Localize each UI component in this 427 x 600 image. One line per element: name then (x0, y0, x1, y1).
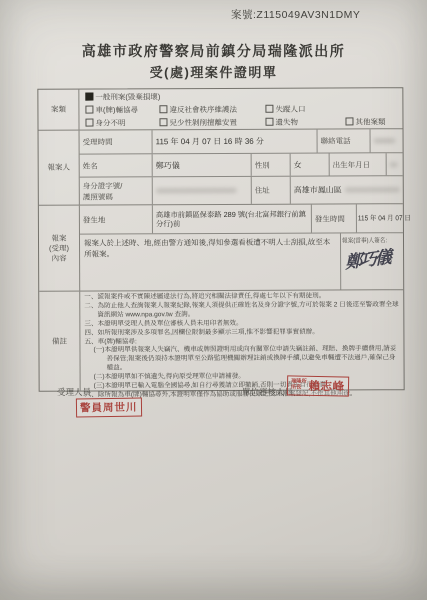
reviewer-stamp-name: 賴志峰 (308, 378, 344, 395)
reviewer-stamp-prefix-line2: 所長 (291, 385, 307, 391)
reporter-row: 報案人 受理時間 115 年 04 月 07 日 16 時 36 分 聯絡電話 … (39, 129, 403, 206)
location-value: 高雄市前鎮區保泰路 289 號(台北富邦銀行前鎮分行)前 (153, 205, 312, 234)
report-content-row: 報案 (受理) 內容 發生地 高雄市前鎮區保泰路 289 號(台北富邦銀行前鎮分… (39, 204, 403, 292)
redacted-birth (390, 162, 398, 167)
checkbox-label: 違反社會秩序維護法 (169, 103, 237, 114)
case-type-line3: 身分不明 兒少性剝削擅離安置 遺失物 (79, 115, 402, 129)
id-value (153, 177, 252, 204)
occur-time-text: 115 年 04 月 07 日 (358, 213, 411, 223)
name-subrow: 姓名 鄭巧儀 性別 女 出生年月日 (80, 153, 403, 177)
accept-time-label: 受理時間 (80, 130, 153, 153)
redacted-address (345, 187, 400, 192)
case-type-checkbox-item: 失蹤人口 (265, 103, 305, 114)
redacted-id (156, 188, 237, 193)
checkbox-icon (345, 117, 353, 125)
reporter-row-label: 報案人 (39, 131, 80, 205)
reviewer-stamp-prefix: 瑞隆所 所長 (291, 380, 307, 392)
checkbox-label: 其他案類 (355, 116, 385, 127)
id-address-subrow: 身分證字號/ 護照號碼 住址 高雄市鳳山區 (80, 176, 403, 204)
narrative-text: 報案人於上述時、地,經由警方通知後,得知參選看板遭不明人士刮損,故至本所報案。 (80, 233, 341, 290)
checkbox-icon (159, 105, 167, 113)
case-number: 案號:Z115049AV3N1DMY (231, 7, 360, 22)
remarks-row-label: 備註 (39, 292, 80, 391)
case-type-options: 一般刑案(毀棄損壞) 車(牌)輛協尋 違反社會秩序維護法 (79, 88, 402, 129)
report-label-line3: 內容 (52, 253, 67, 263)
gender-value: 女 (291, 154, 330, 176)
report-label-line1: 報案 (51, 233, 66, 243)
accept-time-value: 115 年 04 月 07 日 16 時 36 分 (153, 130, 318, 154)
remarks-row: 備註 一、謊報案件或不實陳述屬違法行為,將追究相關法律責任,得處七年以下有期徒刑… (39, 290, 403, 391)
checkbox-icon (85, 106, 93, 114)
incident-subrow: 發生地 高雄市前鎮區保泰路 289 號(台北富邦銀行前鎮分行)前 發生時間 11… (80, 204, 403, 234)
reviewer-stamp: 瑞隆所 所長 賴志峰 (287, 375, 349, 396)
reviewer-label: 單位審核人員 (242, 386, 293, 398)
report-form-table: 案類 一般刑案(毀棄損壞) 車(牌)輛協尋 (37, 87, 404, 392)
id-label-line2: 護照號碼 (83, 191, 113, 202)
occur-time-label: 發生時間 (312, 204, 357, 232)
case-type-checkbox-item: 兒少性剝削擅離安置 (159, 116, 265, 127)
case-type-checkbox-item: 違反社會秩序維護法 (159, 103, 265, 114)
report-label-line2: (受理) (49, 243, 69, 253)
narrative-subrow: 報案人於上述時、地,經由警方通知後,得知參選看板遭不明人士刮損,故至本所報案。 … (80, 233, 403, 290)
name-label: 姓名 (80, 154, 153, 176)
phone-value (371, 129, 403, 152)
officer-stamp-text: 警員周世川 (80, 400, 138, 416)
address-value: 高雄市鳳山區 (291, 176, 403, 203)
case-type-checkbox-item: 其他案類 (345, 116, 385, 127)
gender-label: 性別 (252, 154, 291, 176)
officer-stamp: 警員周世川 (76, 398, 142, 418)
case-number-value: Z115049AV3N1DMY (256, 9, 360, 21)
case-number-label: 案號: (231, 9, 256, 21)
birth-value (387, 153, 403, 175)
checkbox-icon (85, 119, 93, 127)
police-report-photo: 案號:Z115049AV3N1DMY 高雄市政府警察局前鎮分局瑞隆派出所 受(處… (0, 0, 427, 600)
checkbox-icon (265, 105, 273, 113)
case-type-checkbox-item: 身分不明 (85, 117, 159, 128)
signature-cell: 報案(當事)人簽名: 鄭巧儀 (341, 233, 403, 289)
occur-time-value: 115 年 04 月 07 日 (357, 204, 403, 232)
checkbox-label: 失蹤人口 (275, 103, 305, 114)
case-type-row: 案類 一般刑案(毀棄損壞) 車(牌)輛協尋 (38, 88, 402, 131)
location-label: 發生地 (80, 205, 153, 233)
reporter-signature: 鄭巧儀 (345, 242, 390, 273)
remark-line: 二、為防止他人查詢報案人報案紀錄,報案人須提供正確姓名及身分證字號,方可於報案 … (84, 301, 399, 320)
page-subtitle: 受(處)理案件證明單 (0, 62, 427, 81)
name-value: 鄭巧儀 (153, 154, 252, 176)
report-content-row-label: 報案 (受理) 內容 (39, 206, 80, 291)
checkbox-icon (265, 118, 273, 126)
accept-time-subrow: 受理時間 115 年 04 月 07 日 16 時 36 分 聯絡電話 (80, 129, 403, 154)
phone-label: 聯絡電話 (318, 129, 371, 152)
case-type-checkbox-item: 車(牌)輛協尋 (85, 104, 159, 115)
checkbox-label: 兒少性剝削擅離安置 (169, 116, 237, 127)
remark-line: (一)本證明單供報案人失竊汽、機車或牌照證明用或向有關單位申請失竊註銷、理賠、換… (84, 346, 399, 374)
birth-label: 出生年月日 (330, 153, 387, 175)
officer-label: 受理人員 (57, 386, 91, 398)
checkbox-label: 遺失物 (275, 116, 298, 127)
case-type-checkbox-item: 遺失物 (265, 116, 345, 127)
checkbox-label: 車(牌)輛協尋 (95, 104, 138, 115)
page-title: 高雄市政府警察局前鎮分局瑞隆派出所 (0, 41, 427, 61)
redacted-phone (374, 138, 396, 143)
checkbox-label: 身分不明 (95, 117, 125, 128)
address-text: 高雄市鳳山區 (294, 184, 342, 195)
id-label-line1: 身分證字號/ (83, 180, 123, 191)
remarks-list: 一、謊報案件或不實陳述屬違法行為,將追究相關法律責任,得處七年以下有期徒刑。 二… (80, 290, 403, 390)
id-label: 身分證字號/ 護照號碼 (80, 177, 153, 204)
case-type-row-label: 案類 (38, 90, 79, 130)
case-type-checkbox-item: 一般刑案(毀棄損壞) (85, 91, 160, 102)
checkbox-icon (85, 93, 93, 101)
address-label: 住址 (252, 177, 291, 204)
checkbox-label: 一般刑案(毀棄損壞) (95, 91, 160, 102)
checkbox-icon (159, 118, 167, 126)
